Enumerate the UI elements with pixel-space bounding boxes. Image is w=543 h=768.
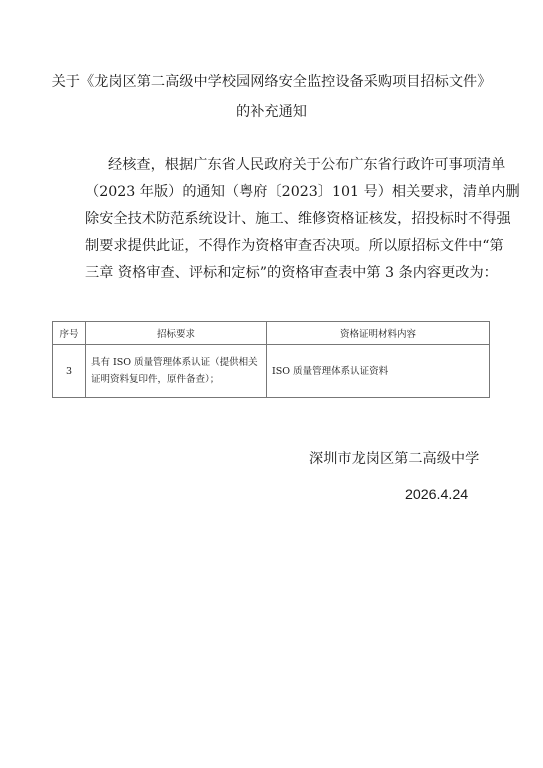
qualification-table: 序号 招标要求 资格证明材料内容 3 具有 ISO 质量管理体系认证（提供相关证… [52,321,490,398]
body-line: 制要求提供此证，不得作为资格审查否决项。所以原招标文件中“第 [85,233,465,260]
cell-no: 3 [53,345,86,398]
table-row: 3 具有 ISO 质量管理体系认证（提供相关证明资料复印件，原件备查）； ISO… [53,345,490,398]
body-paragraph: 经核查，根据广东省人民政府关于公布广东省行政许可事项清单 （2023 年版）的通… [85,152,465,287]
body-line: 三章 资格审查、评标和定标”的资格审查表中第 3 条内容更改为： [85,260,465,287]
body-line: 除安全技术防范系统设计、施工、维修资格证核发，招投标时不得强 [85,206,465,233]
document-title-line-2: 的补充通知 [0,101,543,121]
cell-requirement: 具有 ISO 质量管理体系认证（提供相关证明资料复印件，原件备查）； [86,345,267,398]
document-title-line-1: 关于《龙岗区第二高级中学校园网络安全监控设备采购项目招标文件》 [0,71,543,91]
header-requirement: 招标要求 [86,322,267,345]
body-line: 经核查，根据广东省人民政府关于公布广东省行政许可事项清单 [85,152,465,179]
cell-materials: ISO 质量管理体系认证资料 [267,345,490,398]
body-line: （2023 年版）的通知（粤府〔2023〕101 号）相关要求，清单内删 [85,179,465,206]
header-materials: 资格证明材料内容 [267,322,490,345]
date: 2026.4.24 [405,487,468,503]
header-no: 序号 [53,322,86,345]
signature: 深圳市龙岗区第二高级中学 [309,448,479,468]
table-header-row: 序号 招标要求 资格证明材料内容 [53,322,490,345]
